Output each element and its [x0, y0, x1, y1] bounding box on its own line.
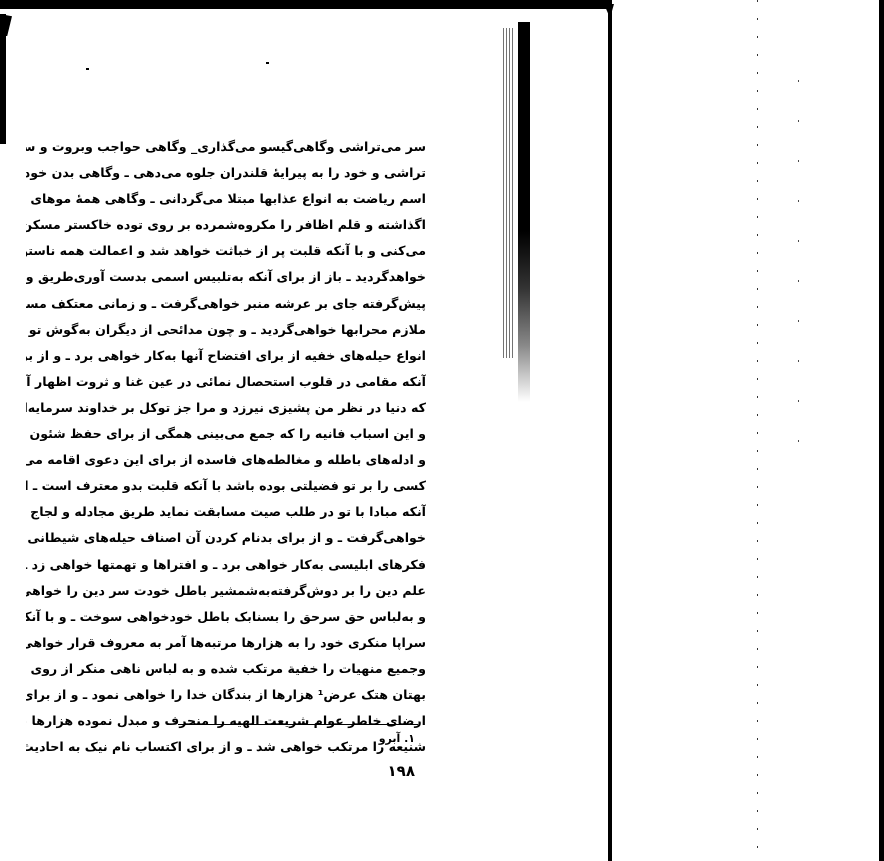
text-line: می‌کنی و با آنکه قلبت پر از خباثت خواهد … [26, 238, 426, 264]
text-line: و ادله‌های باطله و مغالطه‌های فاسده از ب… [26, 447, 426, 473]
scan-left-edge-curl [0, 14, 12, 36]
text-line: اگذاشته و قلم اظافر را مکروه‌شمرده بر رو… [26, 212, 426, 238]
binding-shadow [518, 22, 530, 402]
scan-dotted-artifact-2 [798, 80, 799, 460]
text-line: وجمیع منهیات را خفیة مرتکب شده و به لباس… [26, 656, 426, 682]
text-line: خواهدگردید ـ باز از برای آنکه به‌تلبیس ا… [26, 264, 426, 290]
text-line: اسم ریاضت به انواع عذابها مبتلا می‌گردان… [26, 186, 426, 212]
text-line: علم دین را بر دوش‌گرفته‌به‌شمشیر باطل خو… [26, 578, 426, 604]
text-line: ملازم محرابها خواهی‌گردید ـ و چون مدائحی… [26, 317, 426, 343]
footnote-separator [178, 724, 418, 725]
scan-speck [266, 62, 269, 64]
text-line: پیش‌گرفته جای بر عرشه منبر خواهی‌گرفت ـ … [26, 291, 426, 317]
text-line: سر می‌تراشی وگاهی‌گیسو می‌گذاری_ وگاهی ح… [26, 134, 426, 160]
scan-right-edge [879, 0, 884, 861]
page-body-text: سر می‌تراشی وگاهی‌گیسو می‌گذاری_ وگاهی ح… [26, 134, 426, 760]
page-edge-line [608, 0, 612, 861]
text-line: ارضای خاطر عوام شریعت الهیه را منحرف و م… [26, 708, 426, 734]
footnote: ۱. آبرو [300, 732, 415, 745]
text-line: و به‌لباس حق سرحق را بسنابک باطل خودخواه… [26, 604, 426, 630]
scan-top-border [0, 0, 612, 9]
text-line: تراشی و خود را به پیرایهٔ قلندران جلوه م… [26, 160, 426, 186]
text-line: انواع حیله‌های خفیه از برای افتضاح آنها … [26, 343, 426, 369]
text-line: آنکه مقامی در قلوب استحصال نمائی در عین … [26, 369, 426, 395]
text-line: کسی را بر تو فضیلتی بوده باشد با آنکه قل… [26, 473, 426, 499]
text-line: و این اسباب فانیه را که جمع می‌بینی همگی… [26, 421, 426, 447]
text-line: فکرهای ابلیسی به‌کار خواهی برد ـ و افترا… [26, 552, 426, 578]
text-line: بهتان هتک عرض¹ هزارها از بندگان خدا را خ… [26, 682, 426, 708]
page-number: ۱۹۸ [340, 762, 415, 780]
text-line: آنکه مبادا با تو در طلب صیت مسابقت نماید… [26, 499, 426, 525]
text-line: سراپا منکری خود را به هزارها مرتبه‌ها آم… [26, 630, 426, 656]
scan-dotted-artifact [757, 0, 758, 861]
text-line: خواهی‌گرفت ـ و از برای بدنام کردن آن اصن… [26, 525, 426, 551]
binding-shadow-texture [503, 28, 515, 358]
text-line: که دنیا در نظر من پشیزی نیرزد و مرا جز ت… [26, 395, 426, 421]
scan-speck [86, 68, 89, 70]
